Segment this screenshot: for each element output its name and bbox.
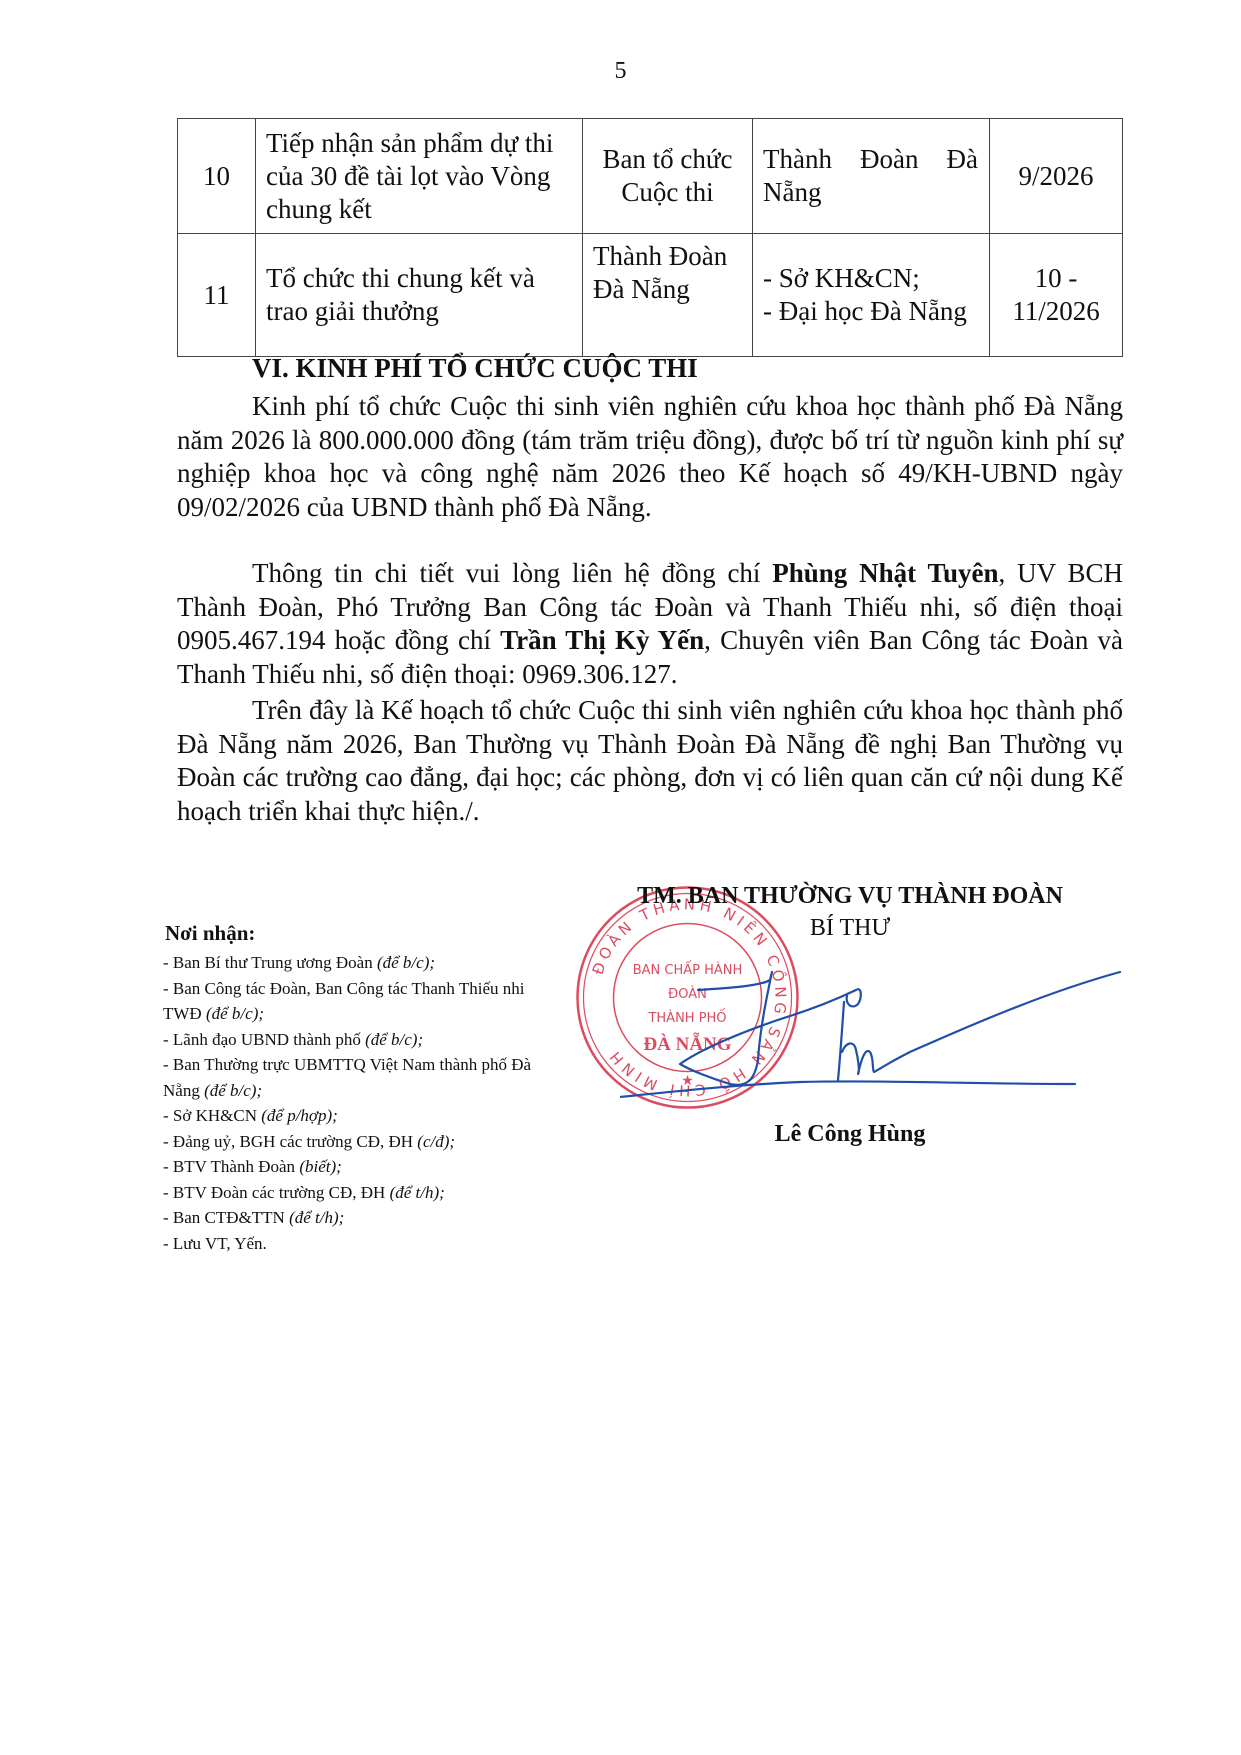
time-start: 10 - bbox=[1000, 262, 1112, 295]
paragraph-text: Kinh phí tổ chức Cuộc thi sinh viên nghi… bbox=[177, 390, 1123, 524]
cell-coordinating-unit: - Sở KH&CN; - Đại học Đà Nẵng bbox=[753, 234, 990, 357]
contact-name-2: Trần Thị Kỳ Yến bbox=[500, 625, 704, 655]
cell-stt: 10 bbox=[178, 119, 256, 234]
contact-text-1: Thông tin chi tiết vui lòng liên hệ đồng… bbox=[252, 558, 772, 588]
time-end: 11/2026 bbox=[1000, 295, 1112, 328]
recipients-title: Nơi nhận: bbox=[165, 918, 563, 948]
cell-lead-unit: Thành Đoàn Đà Nẵng bbox=[583, 234, 753, 357]
contact-paragraph: Thông tin chi tiết vui lòng liên hệ đồng… bbox=[177, 557, 1123, 691]
cell-time: 10 -11/2026 bbox=[990, 234, 1123, 357]
cell-task: Tổ chức thi chung kết và trao giải thưởn… bbox=[256, 234, 583, 357]
signature-role: BÍ THƯ bbox=[560, 915, 1140, 942]
paragraph-text: Trên đây là Kế hoạch tổ chức Cuộc thi si… bbox=[177, 694, 1123, 828]
cell-coordinating-unit: Thành Đoàn Đà Nẵng bbox=[753, 119, 990, 234]
page-number: 5 bbox=[0, 58, 1241, 85]
recipient-item: - Sở KH&CN (để p/hợp); bbox=[163, 1103, 563, 1129]
budget-paragraph: Kinh phí tổ chức Cuộc thi sinh viên nghi… bbox=[177, 390, 1123, 524]
closing-paragraph: Trên đây là Kế hoạch tổ chức Cuộc thi si… bbox=[177, 694, 1123, 828]
contact-name-1: Phùng Nhật Tuyên bbox=[772, 558, 998, 588]
recipient-item: - Đảng uỷ, BGH các trường CĐ, ĐH (c/đ); bbox=[163, 1129, 563, 1155]
section-heading: VI. KINH PHÍ TỔ CHỨC CUỘC THI bbox=[252, 353, 698, 384]
cell-stt: 11 bbox=[178, 234, 256, 357]
signer-name: Lê Công Hùng bbox=[560, 1121, 1140, 1148]
recipient-item: - Ban Bí thư Trung ương Đoàn (để b/c); bbox=[163, 950, 563, 976]
table-row: 10 Tiếp nhận sản phẩm dự thi của 30 đề t… bbox=[178, 119, 1123, 234]
recipient-item: - Lãnh đạo UBND thành phố (để b/c); bbox=[163, 1027, 563, 1053]
recipient-item: - Ban CTĐ&TTN (để t/h); bbox=[163, 1205, 563, 1231]
recipient-item: - BTV Đoàn các trường CĐ, ĐH (để t/h); bbox=[163, 1180, 563, 1206]
recipients-list: Nơi nhận: - Ban Bí thư Trung ương Đoàn (… bbox=[163, 918, 563, 1256]
recipient-item: - Lưu VT, Yến. bbox=[163, 1231, 563, 1257]
cell-time: 9/2026 bbox=[990, 119, 1123, 234]
table-row: 11 Tổ chức thi chung kết và trao giải th… bbox=[178, 234, 1123, 357]
recipient-item: - BTV Thành Đoàn (biết); bbox=[163, 1154, 563, 1180]
recipient-item: - Ban Thường trực UBMTTQ Việt Nam thành … bbox=[163, 1052, 563, 1103]
recipient-item: - Ban Công tác Đoàn, Ban Công tác Thanh … bbox=[163, 976, 563, 1027]
signature-authority-title: TM. BAN THƯỜNG VỤ THÀNH ĐOÀN bbox=[560, 883, 1140, 910]
handwritten-signature-icon bbox=[620, 960, 1140, 1120]
cell-task: Tiếp nhận sản phẩm dự thi của 30 đề tài … bbox=[256, 119, 583, 234]
schedule-table: 10 Tiếp nhận sản phẩm dự thi của 30 đề t… bbox=[177, 118, 1123, 357]
cell-lead-unit: Ban tổ chức Cuộc thi bbox=[583, 119, 753, 234]
